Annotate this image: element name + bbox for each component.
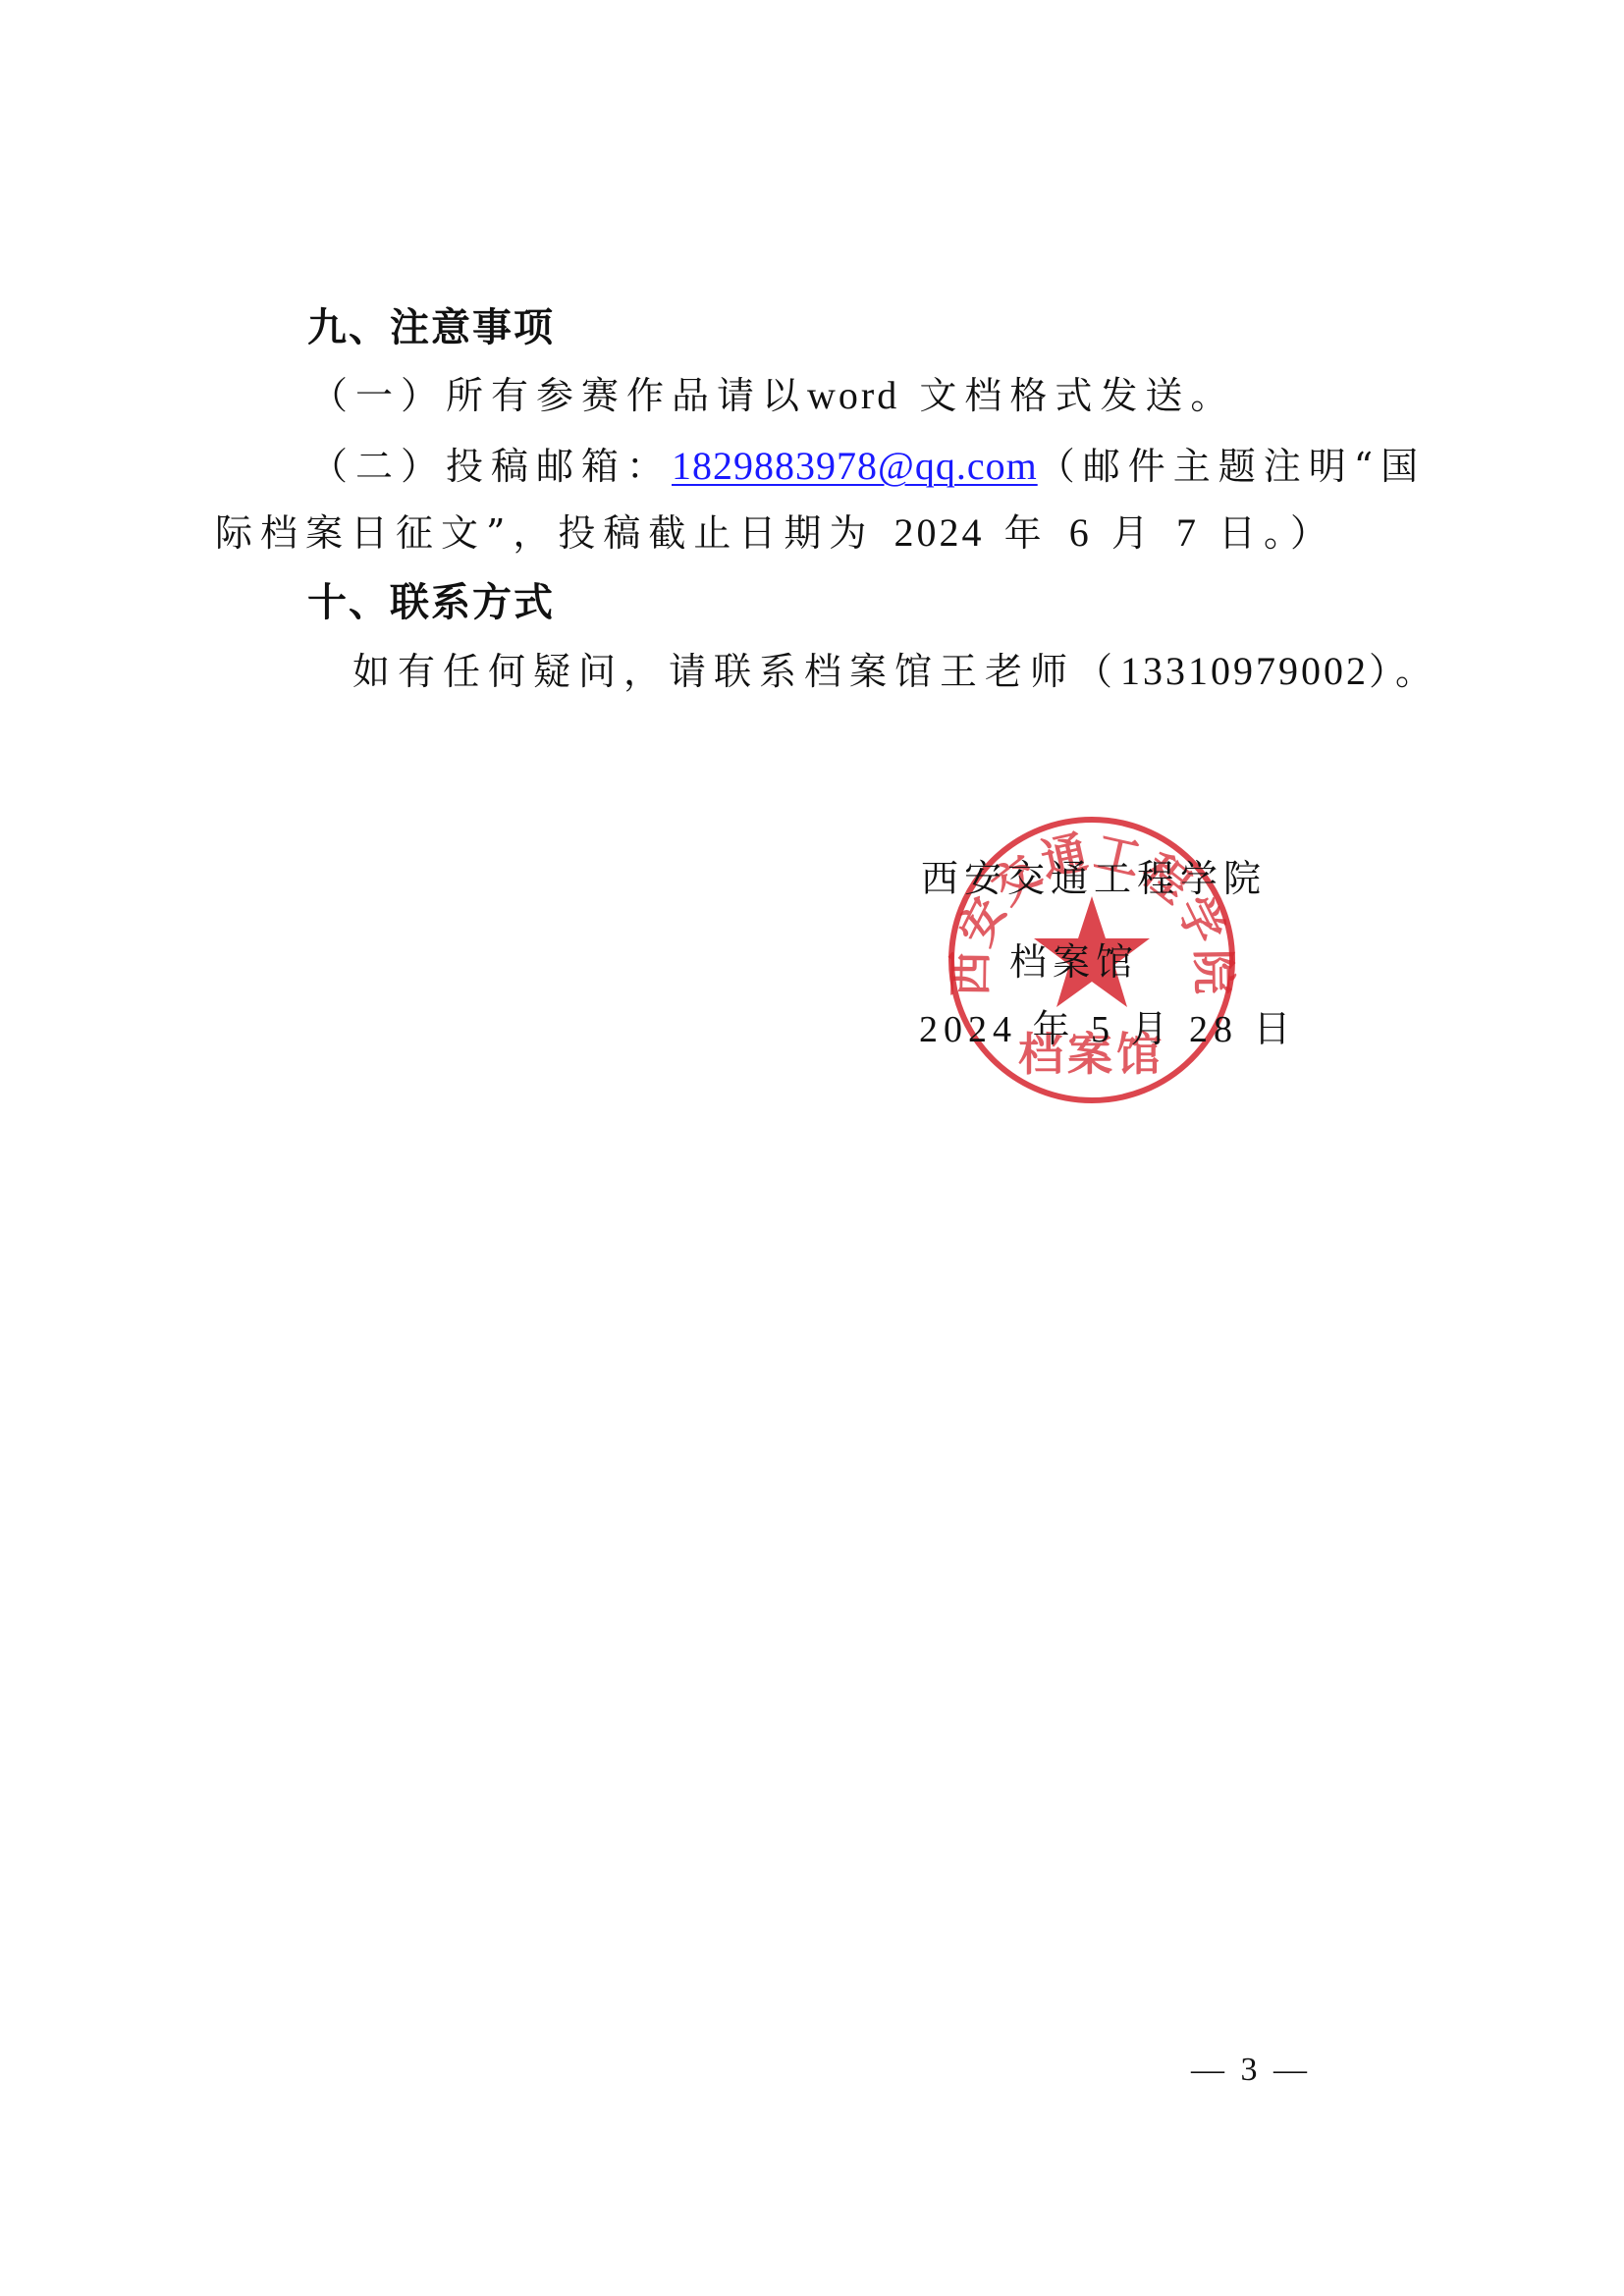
note-item-2-suffix: （邮件主题注明“国	[1038, 445, 1426, 488]
note-item-2: （二）投稿邮箱：1829883978@qq.com（邮件主题注明“国	[310, 442, 1426, 491]
submission-email-link[interactable]: 1829883978@qq.com	[672, 444, 1038, 488]
note-item-1-suffix: 文档格式发送。	[919, 374, 1235, 417]
signature-date: 2024 年 5 月 28 日	[919, 1005, 1297, 1054]
note-item-1-prefix: （一）所有参赛作品请以	[310, 374, 807, 417]
deadline-month-unit: 月	[1111, 511, 1157, 555]
contact-item: 如有任何疑问，请联系档案馆王老师（13310979002）。	[352, 647, 1440, 696]
note-item-1: （一）所有参赛作品请以word 文档格式发送。	[310, 371, 1235, 420]
deadline-day-unit: 日。）	[1218, 511, 1335, 555]
page-number: — 3 —	[1191, 2052, 1311, 2089]
note-item-2-continuation-text: 际档案日征文”，投稿截止日期为	[215, 511, 874, 555]
deadline-year: 2024	[894, 510, 985, 555]
contact-prefix: 如有任何疑问，请联系档案馆王老师（	[352, 650, 1120, 693]
section-heading-notes: 九、注意事项	[307, 303, 555, 352]
signature-dept: 档案馆	[1009, 937, 1139, 987]
deadline-day: 7	[1176, 510, 1199, 555]
deadline-year-unit: 年	[1004, 511, 1050, 555]
note-item-2-continuation: 际档案日征文”，投稿截止日期为 2024 年 6 月 7 日。）	[215, 508, 1335, 558]
section-heading-contact: 十、联系方式	[307, 578, 555, 627]
note-item-1-format: word	[807, 373, 899, 417]
contact-suffix: ）。	[1369, 650, 1440, 693]
deadline-month: 6	[1069, 510, 1092, 555]
note-item-2-prefix: （二）投稿邮箱：	[310, 445, 672, 488]
signature-org: 西安交通工程学院	[921, 854, 1267, 903]
contact-phone: 13310979002	[1120, 649, 1369, 693]
